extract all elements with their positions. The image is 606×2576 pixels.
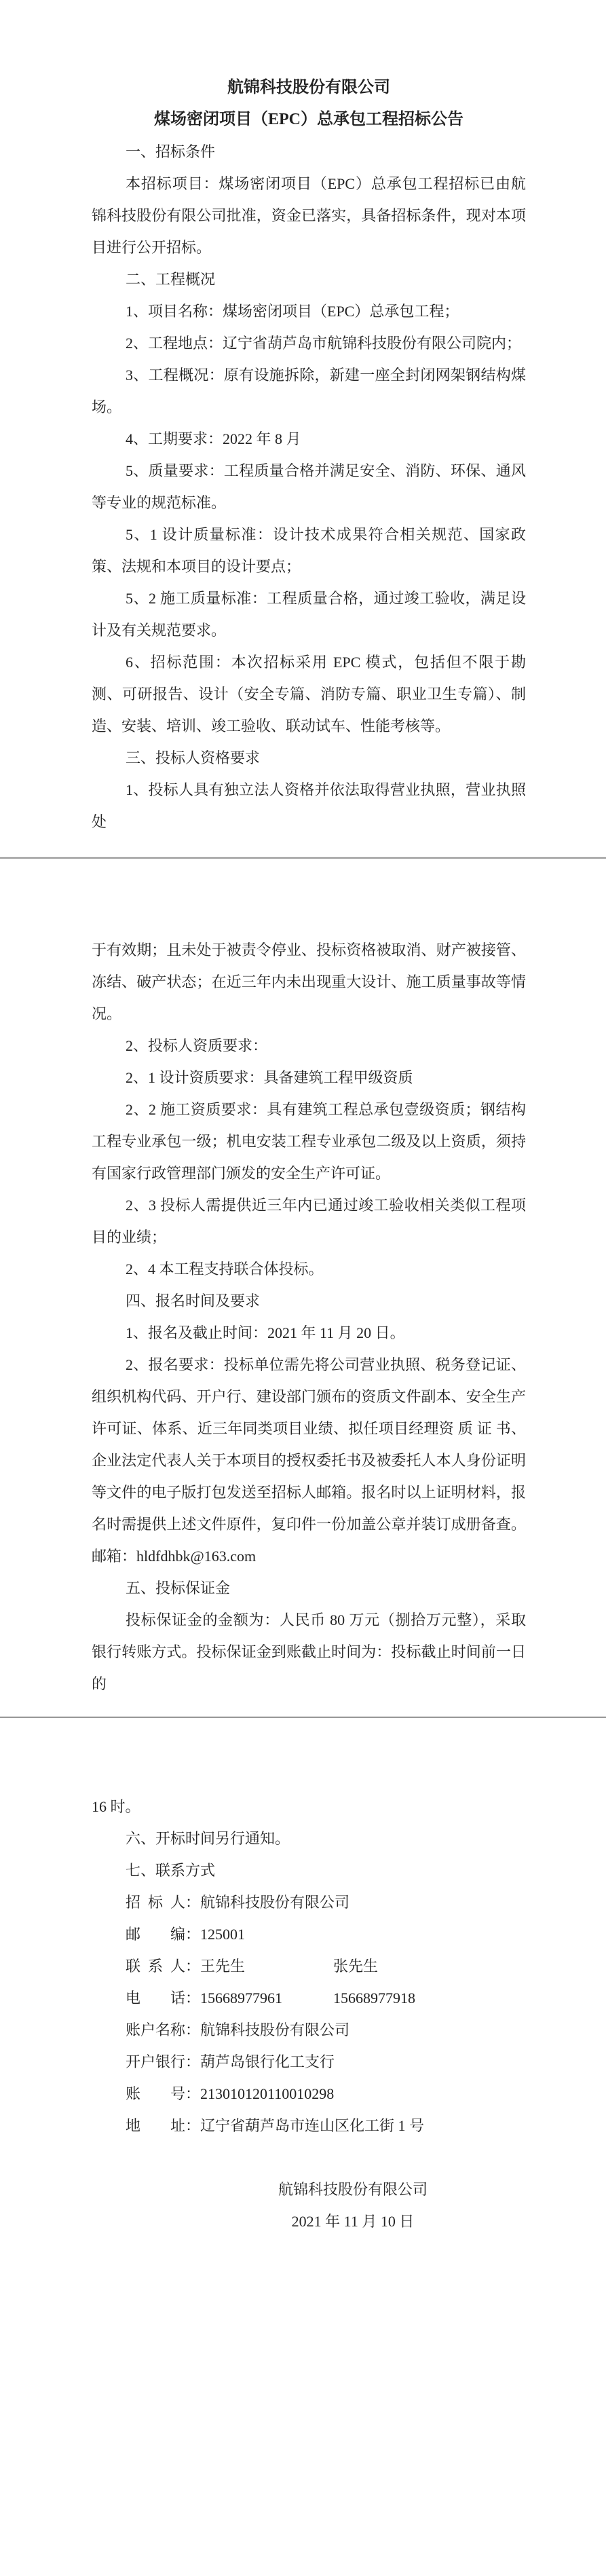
contact-row-bank: 开户银行：葫芦岛银行化工支行 bbox=[92, 2046, 526, 2078]
contact-value: 15668977961 bbox=[200, 1982, 333, 2014]
section-1-heading: 一、招标条件 bbox=[92, 136, 526, 168]
contact-colon: ： bbox=[185, 1958, 200, 1975]
project-location: 2、工程地点：辽宁省葫芦岛市航锦科技股份有限公司院内； bbox=[92, 327, 526, 359]
section-5-heading: 五、投标保证金 bbox=[92, 1572, 526, 1604]
project-overview: 3、工程概况：原有设施拆除，新建一座全封闭网架钢结构煤场。 bbox=[92, 359, 526, 423]
design-qualification: 2、1 设计资质要求：具备建筑工程甲级资质 bbox=[92, 1062, 526, 1094]
contact-label: 招标人 bbox=[126, 1886, 185, 1918]
contact-row-account-number: 账号：213010120110010298 bbox=[92, 2078, 526, 2110]
contact-colon: ： bbox=[185, 1926, 200, 1943]
page-1: 航锦科技股份有限公司煤场密闭项目（EPC）总承包工程招标公告一、招标条件本招标项… bbox=[0, 0, 606, 857]
project-name: 1、项目名称：煤场密闭项目（EPC）总承包工程； bbox=[92, 295, 526, 327]
signoff-date: 2021 年 11 月 10 日 bbox=[180, 2205, 526, 2237]
contact-value: 辽宁省葫芦岛市连山区化工街 1 号 bbox=[200, 2110, 424, 2142]
page-3: 16 时。六、开标时间另行通知。七、联系方式招标人：航锦科技股份有限公司邮编：1… bbox=[0, 1718, 606, 2576]
construction-quality-standard: 5、2 施工质量标准：工程质量合格，通过竣工验收，满足设计及有关规范要求。 bbox=[92, 582, 526, 646]
contact-label: 联系人 bbox=[126, 1950, 185, 1982]
signoff-company: 航锦科技股份有限公司 bbox=[180, 2173, 526, 2205]
contact-value: 王先生 bbox=[200, 1950, 333, 1982]
section-3-heading: 三、投标人资格要求 bbox=[92, 742, 526, 774]
contact-row-postcode: 邮编：125001 bbox=[92, 1918, 526, 1950]
contact-label: 邮编 bbox=[126, 1918, 185, 1950]
contact-row-account-name: 账户名称：航锦科技股份有限公司 bbox=[92, 2014, 526, 2046]
tender-scope: 6、招标范围：本次招标采用 EPC 模式，包括但不限于勘测、可研报告、设计（安全… bbox=[92, 646, 526, 742]
section-6-heading: 六、开标时间另行通知。 bbox=[92, 1823, 526, 1854]
doc-title-project: 煤场密闭项目（EPC）总承包工程招标公告 bbox=[92, 104, 526, 136]
section-4-heading: 四、报名时间及要求 bbox=[92, 1285, 526, 1317]
design-quality-standard: 5、1 设计质量标准：设计技术成果符合相关规范、国家政策、法规和本项目的设计要点… bbox=[92, 519, 526, 582]
contact-colon: ： bbox=[185, 2053, 200, 2070]
consortium-bidding: 2、4 本工程支持联合体投标。 bbox=[92, 1253, 526, 1285]
contact-label: 电话 bbox=[126, 1982, 185, 2014]
contact-row-contacts: 联系人：王先生张先生 bbox=[92, 1950, 526, 1982]
page-2: 于有效期；且未处于被责令停业、投标资格被取消、财产被接管、冻结、破产状态；在近三… bbox=[0, 859, 606, 1716]
contact-label: 账号 bbox=[126, 2078, 185, 2110]
contact-colon: ： bbox=[185, 2117, 200, 2134]
quality-requirement: 5、质量要求：工程质量合格并满足安全、消防、环保、通风等专业的规范标准。 bbox=[92, 455, 526, 519]
track-record-requirement: 2、3 投标人需提供近三年内已通过竣工验收相关类似工程项目的业绩； bbox=[92, 1189, 526, 1253]
contact-value-secondary: 张先生 bbox=[333, 1958, 378, 1975]
contact-value: 葫芦岛银行化工支行 bbox=[200, 2046, 335, 2078]
contact-value-secondary: 15668977918 bbox=[333, 1990, 415, 2006]
contact-row-tenderee: 招标人：航锦科技股份有限公司 bbox=[92, 1886, 526, 1918]
bidder-qualification-1: 1、投标人具有独立法人资格并依法取得营业执照，营业执照处 bbox=[92, 774, 526, 838]
contact-value: 航锦科技股份有限公司 bbox=[200, 2014, 349, 2046]
tender-announcement-document: 航锦科技股份有限公司煤场密闭项目（EPC）总承包工程招标公告一、招标条件本招标项… bbox=[0, 0, 606, 2576]
section-7-heading: 七、联系方式 bbox=[92, 1854, 526, 1886]
construction-qualification: 2、2 施工资质要求：具有建筑工程总承包壹级资质；钢结构工程专业承包一级；机电安… bbox=[92, 1094, 526, 1189]
contact-colon: ： bbox=[185, 1990, 200, 2006]
contact-label: 账户名称 bbox=[126, 2014, 185, 2046]
bidder-qualification-1-continued: 于有效期；且未处于被责令停业、投标资格被取消、财产被接管、冻结、破产状态；在近三… bbox=[92, 934, 526, 1030]
contact-label: 开户银行 bbox=[126, 2046, 185, 2078]
bid-bond-body: 投标保证金的金额为：人民币 80 万元（捌拾万元整），采取银行转账方式。投标保证… bbox=[92, 1604, 526, 1700]
schedule-requirement: 4、工期要求：2022 年 8 月 bbox=[92, 423, 526, 455]
contact-row-phones: 电话：1566897796115668977918 bbox=[92, 1982, 526, 2014]
bidder-qualification-2: 2、投标人资质要求： bbox=[92, 1030, 526, 1062]
contact-colon: ： bbox=[185, 2021, 200, 2038]
registration-deadline: 1、报名及截止时间：2021 年 11 月 20 日。 bbox=[92, 1317, 526, 1349]
contact-colon: ： bbox=[185, 1894, 200, 1911]
contact-label: 地址 bbox=[126, 2110, 185, 2142]
bid-bond-body-continued: 16 时。 bbox=[92, 1791, 526, 1823]
contact-row-address: 地址：辽宁省葫芦岛市连山区化工街 1 号 bbox=[92, 2110, 526, 2142]
contact-value: 213010120110010298 bbox=[200, 2078, 334, 2110]
doc-title-company: 航锦科技股份有限公司 bbox=[92, 72, 526, 104]
contact-value: 航锦科技股份有限公司 bbox=[200, 1886, 349, 1918]
contact-colon: ： bbox=[185, 2085, 200, 2102]
section-1-body: 本招标项目：煤场密闭项目（EPC）总承包工程招标已由航锦科技股份有限公司批准，资… bbox=[92, 168, 526, 263]
section-2-heading: 二、工程概况 bbox=[92, 263, 526, 295]
contact-value: 125001 bbox=[200, 1918, 333, 1950]
registration-requirements: 2、报名要求：投标单位需先将公司营业执照、税务登记证、组织机构代码、开户行、建设… bbox=[92, 1349, 526, 1572]
